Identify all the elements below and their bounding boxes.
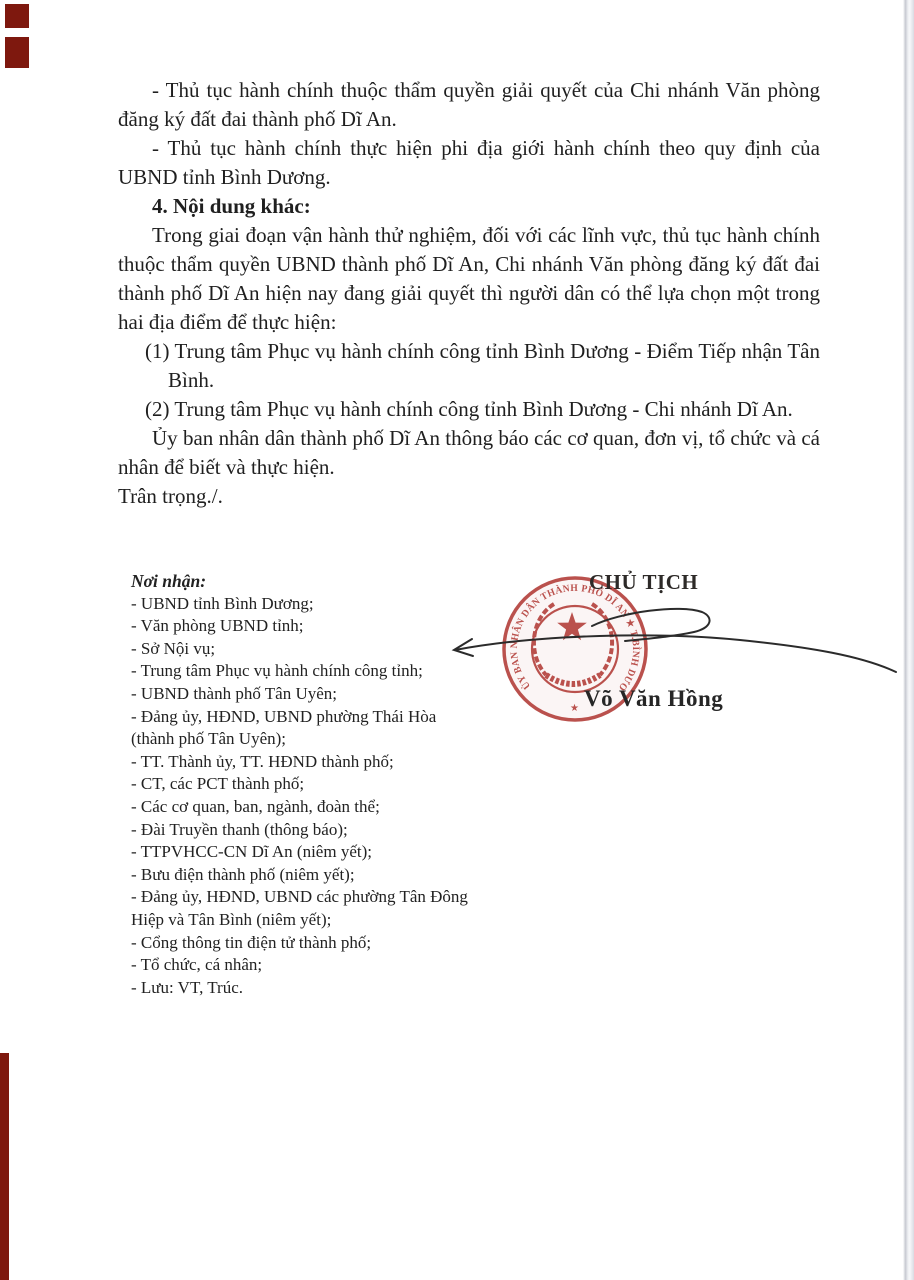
signer-title: CHỦ TỊCH <box>589 570 698 595</box>
document-body: - Thủ tục hành chính thuộc thẩm quyền gi… <box>118 76 820 511</box>
recipient-line: Hiệp và Tân Bình (niêm yết); <box>131 909 491 932</box>
recipient-line: - TT. Thành ủy, TT. HĐND thành phố; <box>131 751 491 774</box>
photo-artifact-left-bar <box>0 1053 9 1280</box>
recipient-line: - Sở Nội vụ; <box>131 638 491 661</box>
recipient-line: - Cổng thông tin điện tử thành phố; <box>131 932 491 955</box>
recipient-line: - Đảng ủy, HĐND, UBND phường Thái Hòa <box>131 706 491 729</box>
closing-line: Trân trọng./. <box>118 482 820 511</box>
photo-artifact-square-1 <box>5 4 29 28</box>
recipients-list: - UBND tỉnh Bình Dương;- Văn phòng UBND … <box>131 593 491 1000</box>
paragraph-land-office: - Thủ tục hành chính thuộc thẩm quyền gi… <box>118 76 820 134</box>
recipient-line: - Đài Truyền thanh (thông báo); <box>131 819 491 842</box>
recipient-line: - TTPVHCC-CN Dĩ An (niêm yết); <box>131 841 491 864</box>
paragraph-non-boundary: - Thủ tục hành chính thực hiện phi địa g… <box>118 134 820 192</box>
recipient-line: - Bưu điện thành phố (niêm yết); <box>131 864 491 887</box>
recipient-line: - Đảng ủy, HĐND, UBND các phường Tân Đôn… <box>131 886 491 909</box>
signer-name: Võ Văn Hồng <box>584 686 723 712</box>
paragraph-announcement: Ủy ban nhân dân thành phố Dĩ An thông bá… <box>118 424 820 482</box>
signature-main-stroke <box>455 635 896 672</box>
recipient-line: - Văn phòng UBND tỉnh; <box>131 615 491 638</box>
document-page: - Thủ tục hành chính thuộc thẩm quyền gi… <box>0 0 914 1280</box>
photo-artifact-square-2 <box>5 37 29 68</box>
recipient-line: - Các cơ quan, ban, ngành, đoàn thể; <box>131 796 491 819</box>
recipient-line: (thành phố Tân Uyên); <box>131 728 491 751</box>
stamp-bottom-star: ★ <box>570 703 579 714</box>
recipients-block: Nơi nhận: - UBND tỉnh Bình Dương;- Văn p… <box>131 570 491 999</box>
recipient-line: - Trung tâm Phục vụ hành chính công tỉnh… <box>131 660 491 683</box>
recipient-line: - Tổ chức, cá nhân; <box>131 954 491 977</box>
recipient-line: - Lưu: VT, Trúc. <box>131 977 491 1000</box>
section-heading: 4. Nội dung khác: <box>118 192 820 221</box>
recipient-line: - UBND tỉnh Bình Dương; <box>131 593 491 616</box>
recipient-line: - UBND thành phố Tân Uyên; <box>131 683 491 706</box>
option-2: (2) Trung tâm Phục vụ hành chính công tỉ… <box>118 395 820 424</box>
paragraph-trial-period: Trong giai đoạn vận hành thử nghiệm, đối… <box>118 221 820 337</box>
option-1: (1) Trung tâm Phục vụ hành chính công tỉ… <box>118 337 820 395</box>
recipients-heading: Nơi nhận: <box>131 570 491 593</box>
recipient-line: - CT, các PCT thành phố; <box>131 773 491 796</box>
